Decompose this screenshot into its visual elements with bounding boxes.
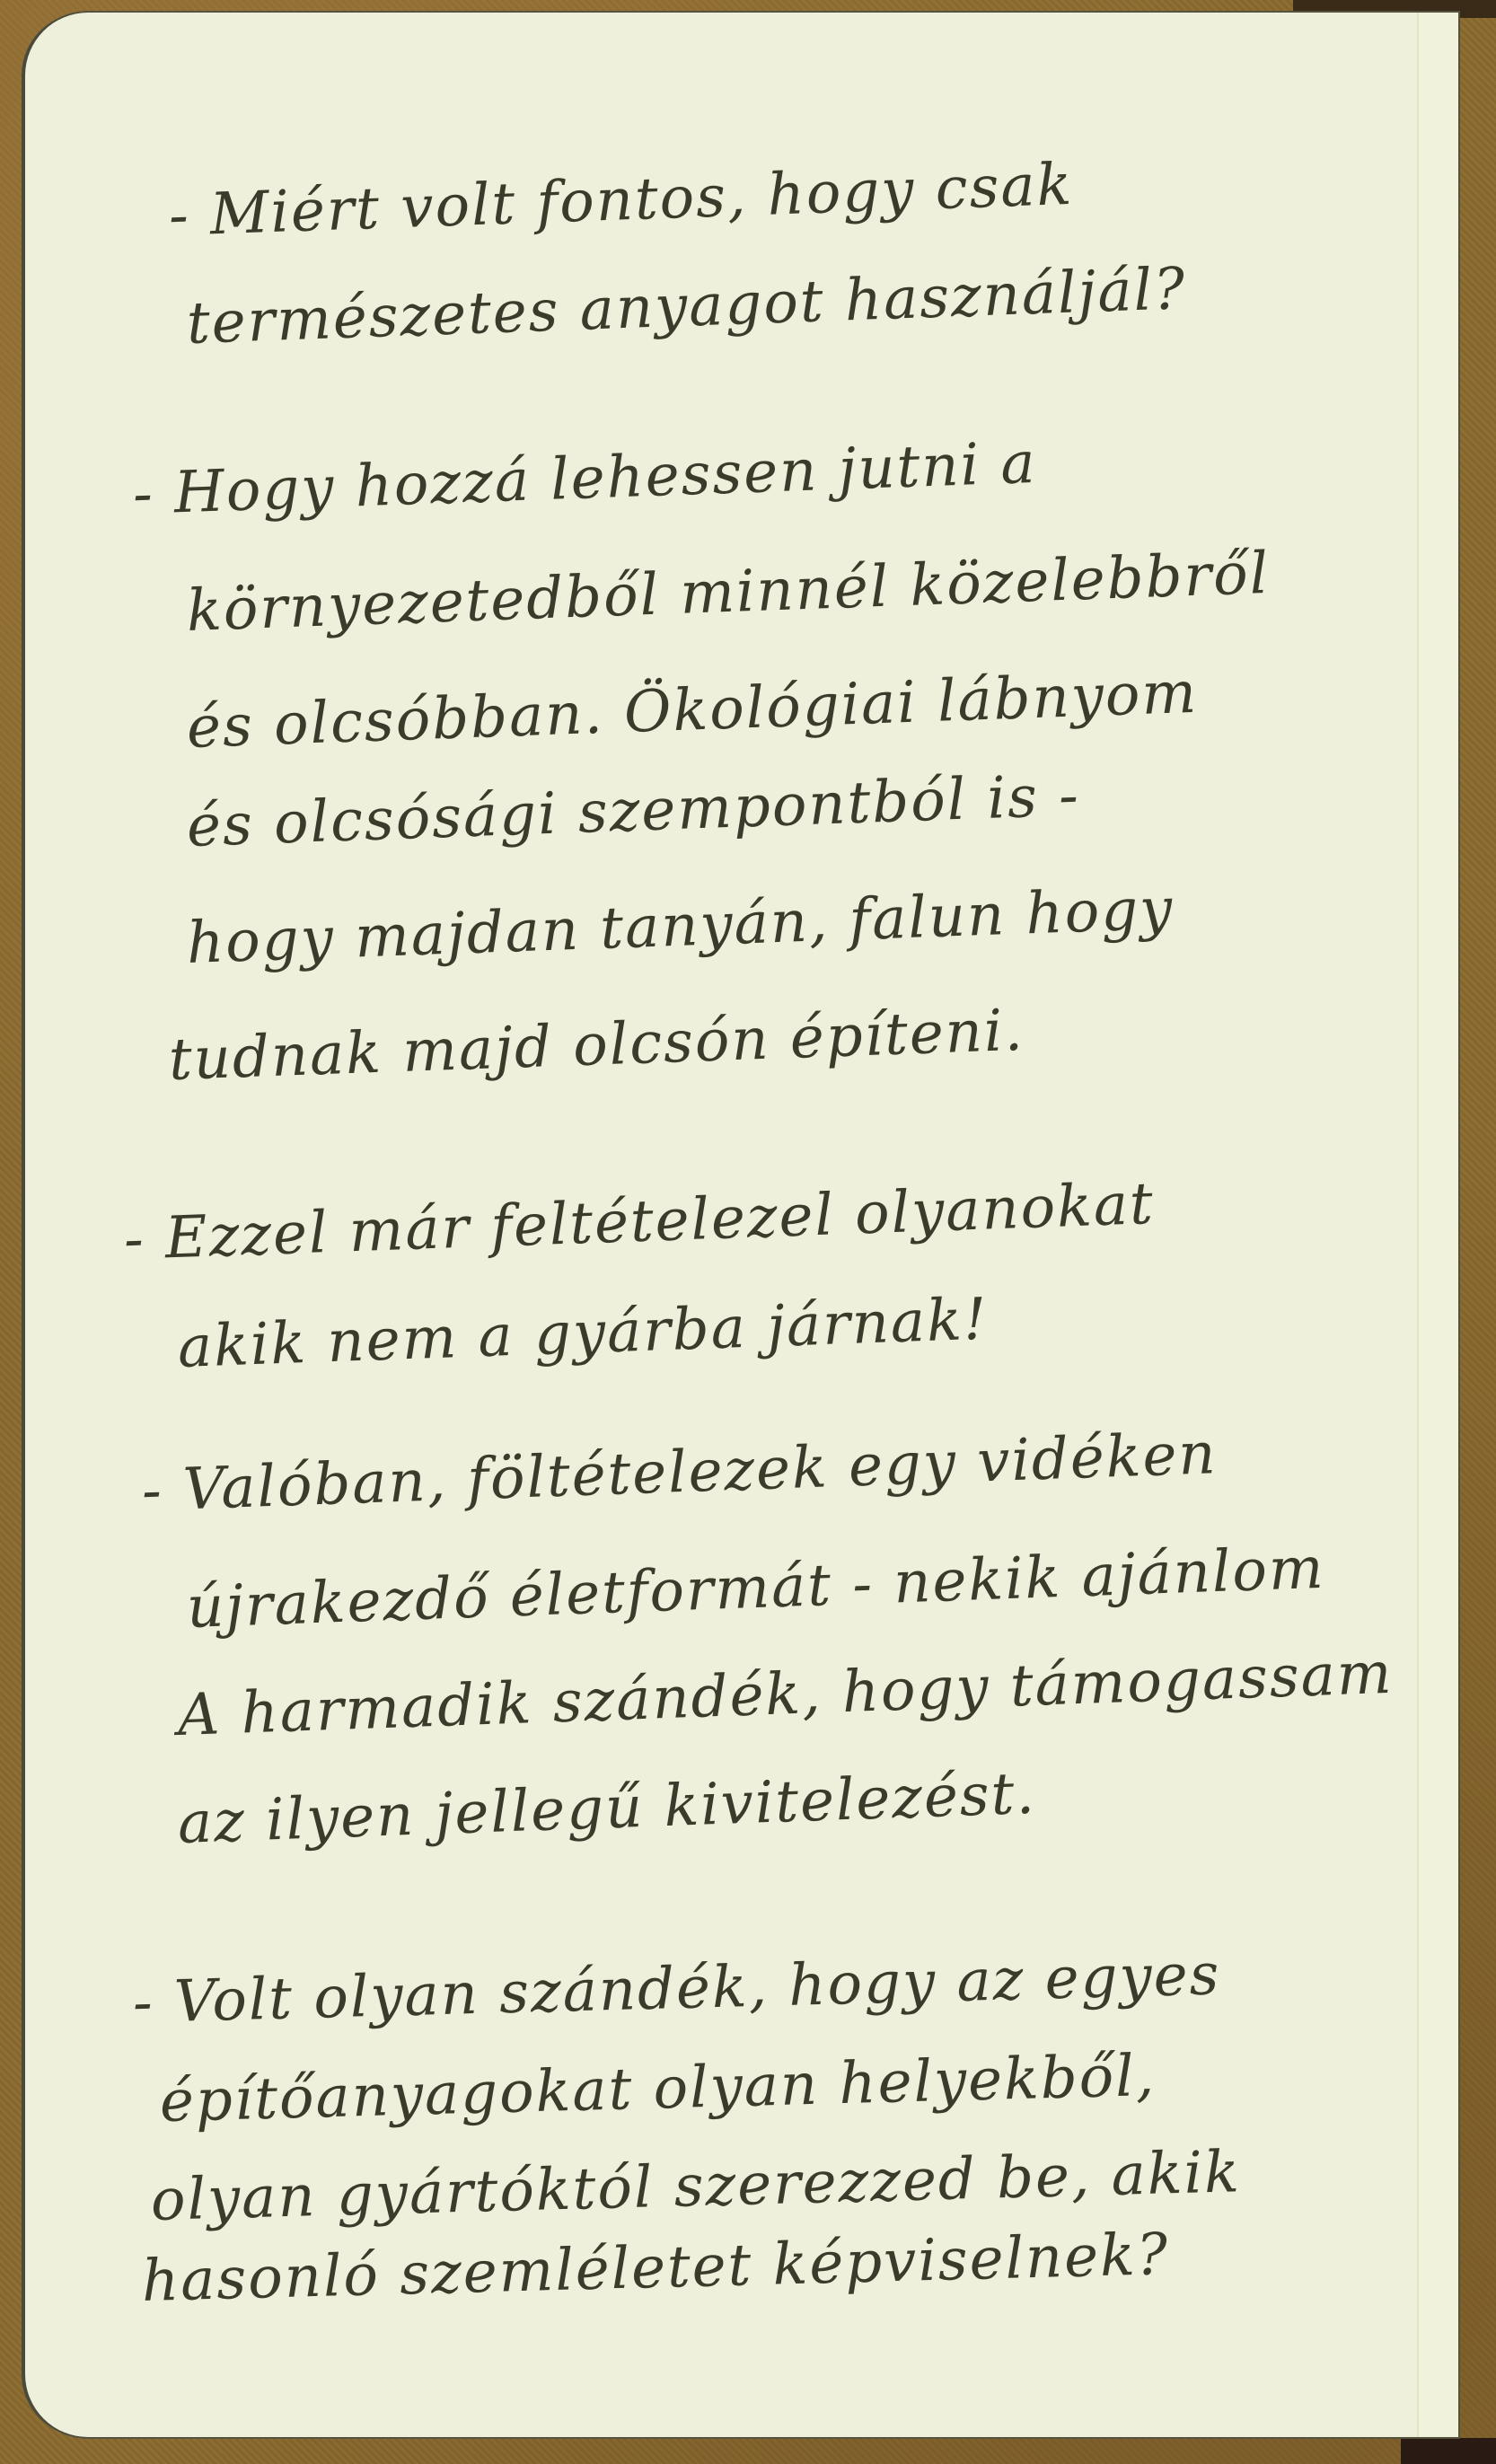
text-line: építőanyagokat olyan helyekből,	[159, 2043, 1157, 2135]
text-line: - Volt olyan szándék, hogy az egyes	[132, 1941, 1221, 2037]
text-line: újrakezdő életformát - nekik ajánlom	[186, 1536, 1326, 1641]
text-line: A harmadik szándék, hogy támogassam	[177, 1641, 1395, 1749]
handwritten-text: - Miért volt fontos, hogy csak természet…	[25, 13, 1419, 2437]
text-line: természetes anyagot használjál?	[186, 256, 1188, 357]
text-line: olyan gyártóktól szerezzed be, akik	[150, 2139, 1242, 2234]
text-line: - Miért volt fontos, hogy csak	[168, 152, 1075, 250]
text-line: tudnak majd olcsón építeni.	[168, 998, 1025, 1094]
text-line: hogy majdan tanyán, falun hogy	[186, 876, 1175, 977]
page-edge	[1417, 13, 1458, 2437]
text-line: az ilyen jellegű kivitelezést.	[177, 1761, 1037, 1857]
desk-shadow-bottom	[1401, 2438, 1496, 2464]
text-line: hasonló szemléletet képviselnek?	[141, 2222, 1170, 2315]
text-line: és olcsóbban. Ökológiai lábnyom	[186, 660, 1200, 761]
text-line: - Valóban, föltételezek egy vidéken	[141, 1421, 1219, 1525]
text-line: akik nem a gyárba járnak!	[177, 1287, 990, 1381]
text-line: és olcsósági szempontból is -	[186, 762, 1081, 860]
notebook-page: - Miért volt fontos, hogy csak természet…	[25, 13, 1458, 2437]
text-line: környezetedből minnél közelebbről	[186, 541, 1272, 645]
text-line: - Ezzel már feltételezel olyanokat	[123, 1171, 1156, 1273]
text-line: - Hogy hozzá lehessen jutni a	[132, 430, 1038, 528]
